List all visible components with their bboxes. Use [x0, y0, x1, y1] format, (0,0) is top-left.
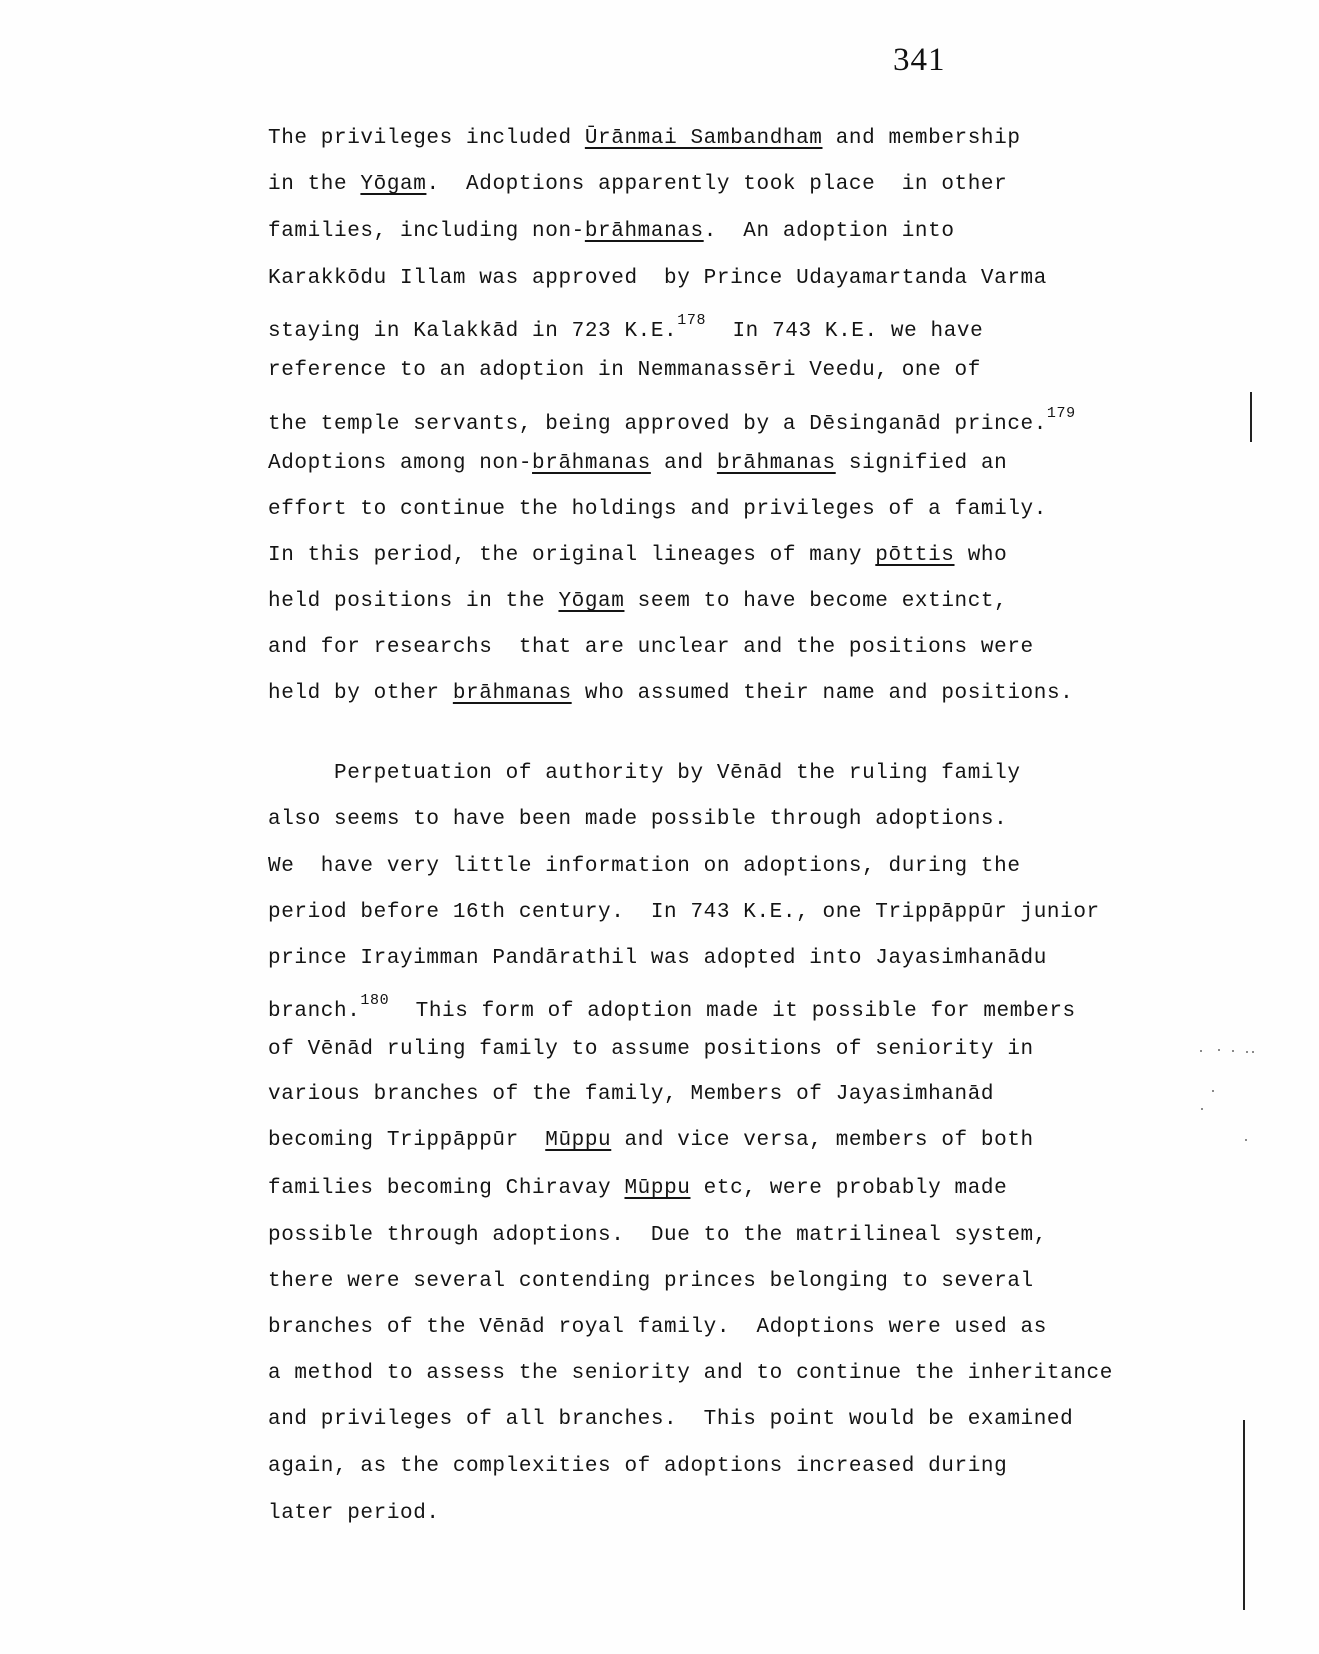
text-line: staying in Kalakkād in 723 K.E.178 In 74… — [268, 313, 983, 344]
underlined-term: brāhmanas — [532, 452, 651, 475]
text-line: a method to assess the seniority and to … — [268, 1362, 1113, 1386]
scan-speck — [1212, 1090, 1214, 1092]
scan-speck — [1200, 1050, 1202, 1052]
text-line: Karakkōdu Illam was approved by Prince U… — [268, 267, 1047, 291]
text-line: branches of the Vēnād royal family. Adop… — [268, 1316, 1047, 1340]
footnote-ref: 179 — [1047, 405, 1076, 422]
text-line: The privileges included Ūrānmai Sambandh… — [268, 127, 1021, 151]
underlined-term: brāhmanas — [453, 682, 572, 705]
scan-speck — [1245, 1139, 1247, 1141]
underlined-term: brāhmanas — [717, 452, 836, 475]
underlined-term: Ūrānmai Sambandham — [585, 127, 823, 150]
footnote-ref: 178 — [677, 312, 706, 329]
text-line: We have very little information on adopt… — [268, 855, 1021, 879]
footnote-ref: 180 — [360, 992, 389, 1009]
underlined-term: Yōgam — [558, 590, 624, 613]
text-line: of Vēnād ruling family to assume positio… — [268, 1038, 1034, 1062]
scan-edge-line — [1243, 1420, 1245, 1610]
text-line: various branches of the family, Members … — [268, 1083, 994, 1107]
text-line: Adoptions among non-brāhmanas and brāhma… — [268, 452, 1007, 476]
scan-speck — [1232, 1050, 1234, 1052]
text-line: in the Yōgam. Adoptions apparently took … — [268, 173, 1007, 197]
text-line: prince Irayimman Pandārathil was adopted… — [268, 947, 1047, 971]
text-line: families, including non-brāhmanas. An ad… — [268, 220, 955, 244]
text-line: In this period, the original lineages of… — [268, 544, 1007, 568]
text-line: effort to continue the holdings and priv… — [268, 498, 1047, 522]
text-line: branch.180 This form of adoption made it… — [268, 993, 1076, 1024]
underlined-term: Mūppu — [545, 1129, 611, 1152]
scan-edge-line — [1250, 392, 1252, 442]
scan-speck — [1252, 1051, 1254, 1053]
text-line: held positions in the Yōgam seem to have… — [268, 590, 1007, 614]
text-line: there were several contending princes be… — [268, 1270, 1034, 1294]
scanned-page: 341 The privileges included Ūrānmai Samb… — [0, 0, 1319, 1654]
underlined-term: Mūppu — [624, 1177, 690, 1200]
underlined-term: brāhmanas — [585, 220, 704, 243]
text-line: later period. — [268, 1502, 440, 1526]
text-line: families becoming Chiravay Mūppu etc, we… — [268, 1177, 1007, 1201]
text-line: becoming Trippāppūr Mūppu and vice versa… — [268, 1129, 1034, 1153]
text-line: and privileges of all branches. This poi… — [268, 1408, 1073, 1432]
text-line: and for researchs that are unclear and t… — [268, 636, 1034, 660]
text-line: Perpetuation of authority by Vēnād the r… — [268, 762, 1021, 786]
scan-speck — [1201, 1108, 1203, 1110]
scan-speck — [1246, 1051, 1248, 1053]
underlined-term: Yōgam — [360, 173, 426, 196]
text-line: the temple servants, being approved by a… — [268, 406, 1076, 437]
underlined-term: pōttis — [875, 544, 954, 567]
text-line: also seems to have been made possible th… — [268, 808, 1007, 832]
text-line: period before 16th century. In 743 K.E.,… — [268, 901, 1100, 925]
text-line: held by other brāhmanas who assumed thei… — [268, 682, 1073, 706]
scan-speck — [1218, 1049, 1220, 1051]
text-line: reference to an adoption in Nemmanassēri… — [268, 359, 981, 383]
text-line: possible through adoptions. Due to the m… — [268, 1224, 1047, 1248]
text-line: again, as the complexities of adoptions … — [268, 1455, 1007, 1479]
page-number: 341 — [893, 42, 946, 79]
